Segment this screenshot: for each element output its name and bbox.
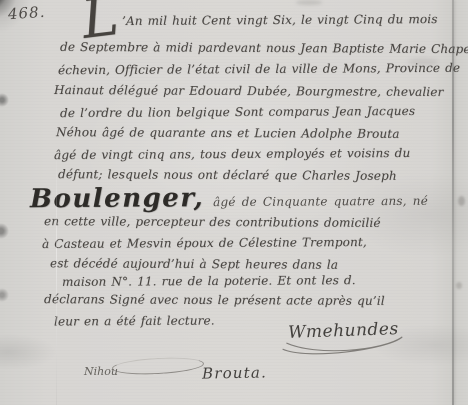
text-line-5: de l’ordre du lion belgique Sont comparu…	[60, 104, 415, 121]
paper-crease-left	[56, 150, 57, 405]
official-signature: Wmehundes	[288, 319, 399, 343]
text-line-6: Néhou âgé de quarante ans et Lucien Adol…	[56, 125, 400, 142]
text-line-12: est décédé aujourd’hui à Sept heures dan…	[50, 256, 338, 273]
text-line-9: Boulenger,âgé de Cinquante quatre ans, n…	[30, 182, 428, 214]
ink-smudge	[458, 196, 465, 206]
ink-smudge	[456, 282, 462, 289]
text-line-3: échevin, Officier de l’état civil de la …	[58, 61, 460, 78]
text-line-11: à Casteau et Mesvin époux de Célestine T…	[42, 235, 367, 252]
text-line-14: déclarans Signé avec nous le présent act…	[44, 292, 385, 309]
page-fold-right	[452, 0, 454, 405]
ink-bleedthrough	[408, 58, 438, 66]
text-line-4: Hainaut délégué par Edouard Dubée, Bourg…	[54, 83, 444, 100]
official-signature-text: Wmehundes	[288, 319, 399, 343]
text-line-13: maison N°. 11. rue de la poterie. Et ont…	[62, 273, 356, 290]
witness-signature-brouta: Brouta.	[202, 362, 267, 382]
record-number: 468.	[7, 3, 46, 24]
text-line-9-rest: âgé de Cinquante quatre ans, né	[213, 194, 428, 209]
text-line-1: ’An mil huit Cent vingt Six, le vingt Ci…	[122, 12, 438, 29]
text-line-10: en cette ville, percepteur des contribut…	[44, 214, 381, 231]
document-scan: 468. L ’An mil huit Cent vingt Six, le v…	[0, 0, 468, 405]
text-line-15: leur en a été fait lecture.	[54, 314, 215, 330]
text-line-7: âgé de vingt cinq ans, tous deux employé…	[54, 146, 410, 163]
witness-signature-brouta-text: Brouta.	[202, 363, 267, 382]
signature-paraph-loop	[112, 356, 205, 377]
text-line-2: de Septembre à midi pardevant nous Jean …	[60, 40, 468, 57]
ink-smudge	[296, 0, 322, 5]
